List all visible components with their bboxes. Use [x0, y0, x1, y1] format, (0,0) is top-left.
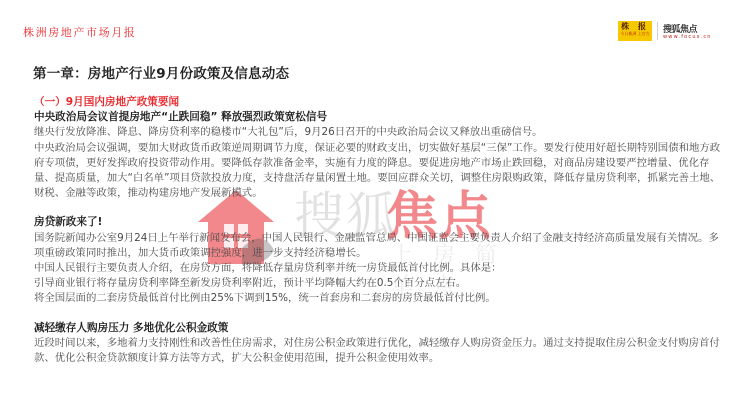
yellow-logo-text: 株 报 — [618, 22, 652, 31]
report-content: （一）9月国内房地产政策要闻 中央政治局会议首提房地产“止跌回稳” 释放强烈政策… — [34, 95, 724, 366]
article-mortgage-policy: 房贷新政来了! 国务院新闻办公室9月24日上午举行新闻发布会，中国人民银行、金融… — [34, 215, 724, 306]
article-headline: 中央政治局会议首提房地产“止跌回稳” 释放强烈政策宽松信号 — [34, 110, 724, 125]
article-headline: 减轻缴存人购房压力 多地优化公积金政策 — [34, 321, 724, 336]
article-headline: 房贷新政来了! — [34, 215, 724, 230]
sohu-logo-url: www.focus.cn — [663, 34, 712, 40]
article-paragraph: 将全国层面的二套房贷最低首付比例由25%下调到15%，统一首套房和二套房的房贷最… — [34, 291, 724, 306]
spacer — [34, 307, 724, 321]
article-paragraph: 中央政治局会议强调，要加大财政货币政策逆周期调节力度，保证必要的财政支出，切实做… — [34, 141, 724, 202]
chapter-title: 第一章：房地产行业9月份政策及信息动态 — [33, 62, 289, 82]
article-paragraph: 引导商业银行将存量房贷利率降至新发房贷利率附近，预计平均降幅大约在0.5个百分点… — [34, 276, 724, 291]
logo-divider — [657, 22, 658, 40]
article-paragraph: 国务院新闻办公室9月24日上午举行新闻发布会，中国人民银行、金融监管总局、中国证… — [34, 231, 724, 261]
yellow-media-logo: 株 报 今日株洲 上官方 — [618, 21, 652, 41]
report-header-title: 株洲房地产市场月报 — [23, 24, 136, 40]
sohu-focus-logo: 搜狐焦点 www.focus.cn — [663, 21, 723, 41]
article-paragraph: 近段时间以来，多地着力支持刚性和改善性住房需求，对住房公积金政策进行优化，减轻缴… — [34, 336, 724, 366]
spacer — [34, 201, 724, 215]
article-politburo: 中央政治局会议首提房地产“止跌回稳” 释放强烈政策宽松信号 继央行发放降准、降息… — [34, 110, 724, 201]
article-paragraph: 继央行发放降准、降息、降房贷利率的稳楼市“大礼包”后，9月26日召开的中央政治局… — [34, 125, 724, 140]
article-housing-fund: 减轻缴存人购房压力 多地优化公积金政策 近段时间以来，多地着力支持刚性和改善性住… — [34, 321, 724, 367]
header-logos: 株 报 今日株洲 上官方 搜狐焦点 www.focus.cn — [618, 21, 723, 41]
article-paragraph: 中国人民银行主要负责人介绍，在房贷方面，将降低存量房贷利率并统一房贷最低首付比例… — [34, 261, 724, 276]
section-title: （一）9月国内房地产政策要闻 — [34, 95, 724, 110]
yellow-logo-subtext: 今日株洲 上官方 — [618, 31, 652, 37]
